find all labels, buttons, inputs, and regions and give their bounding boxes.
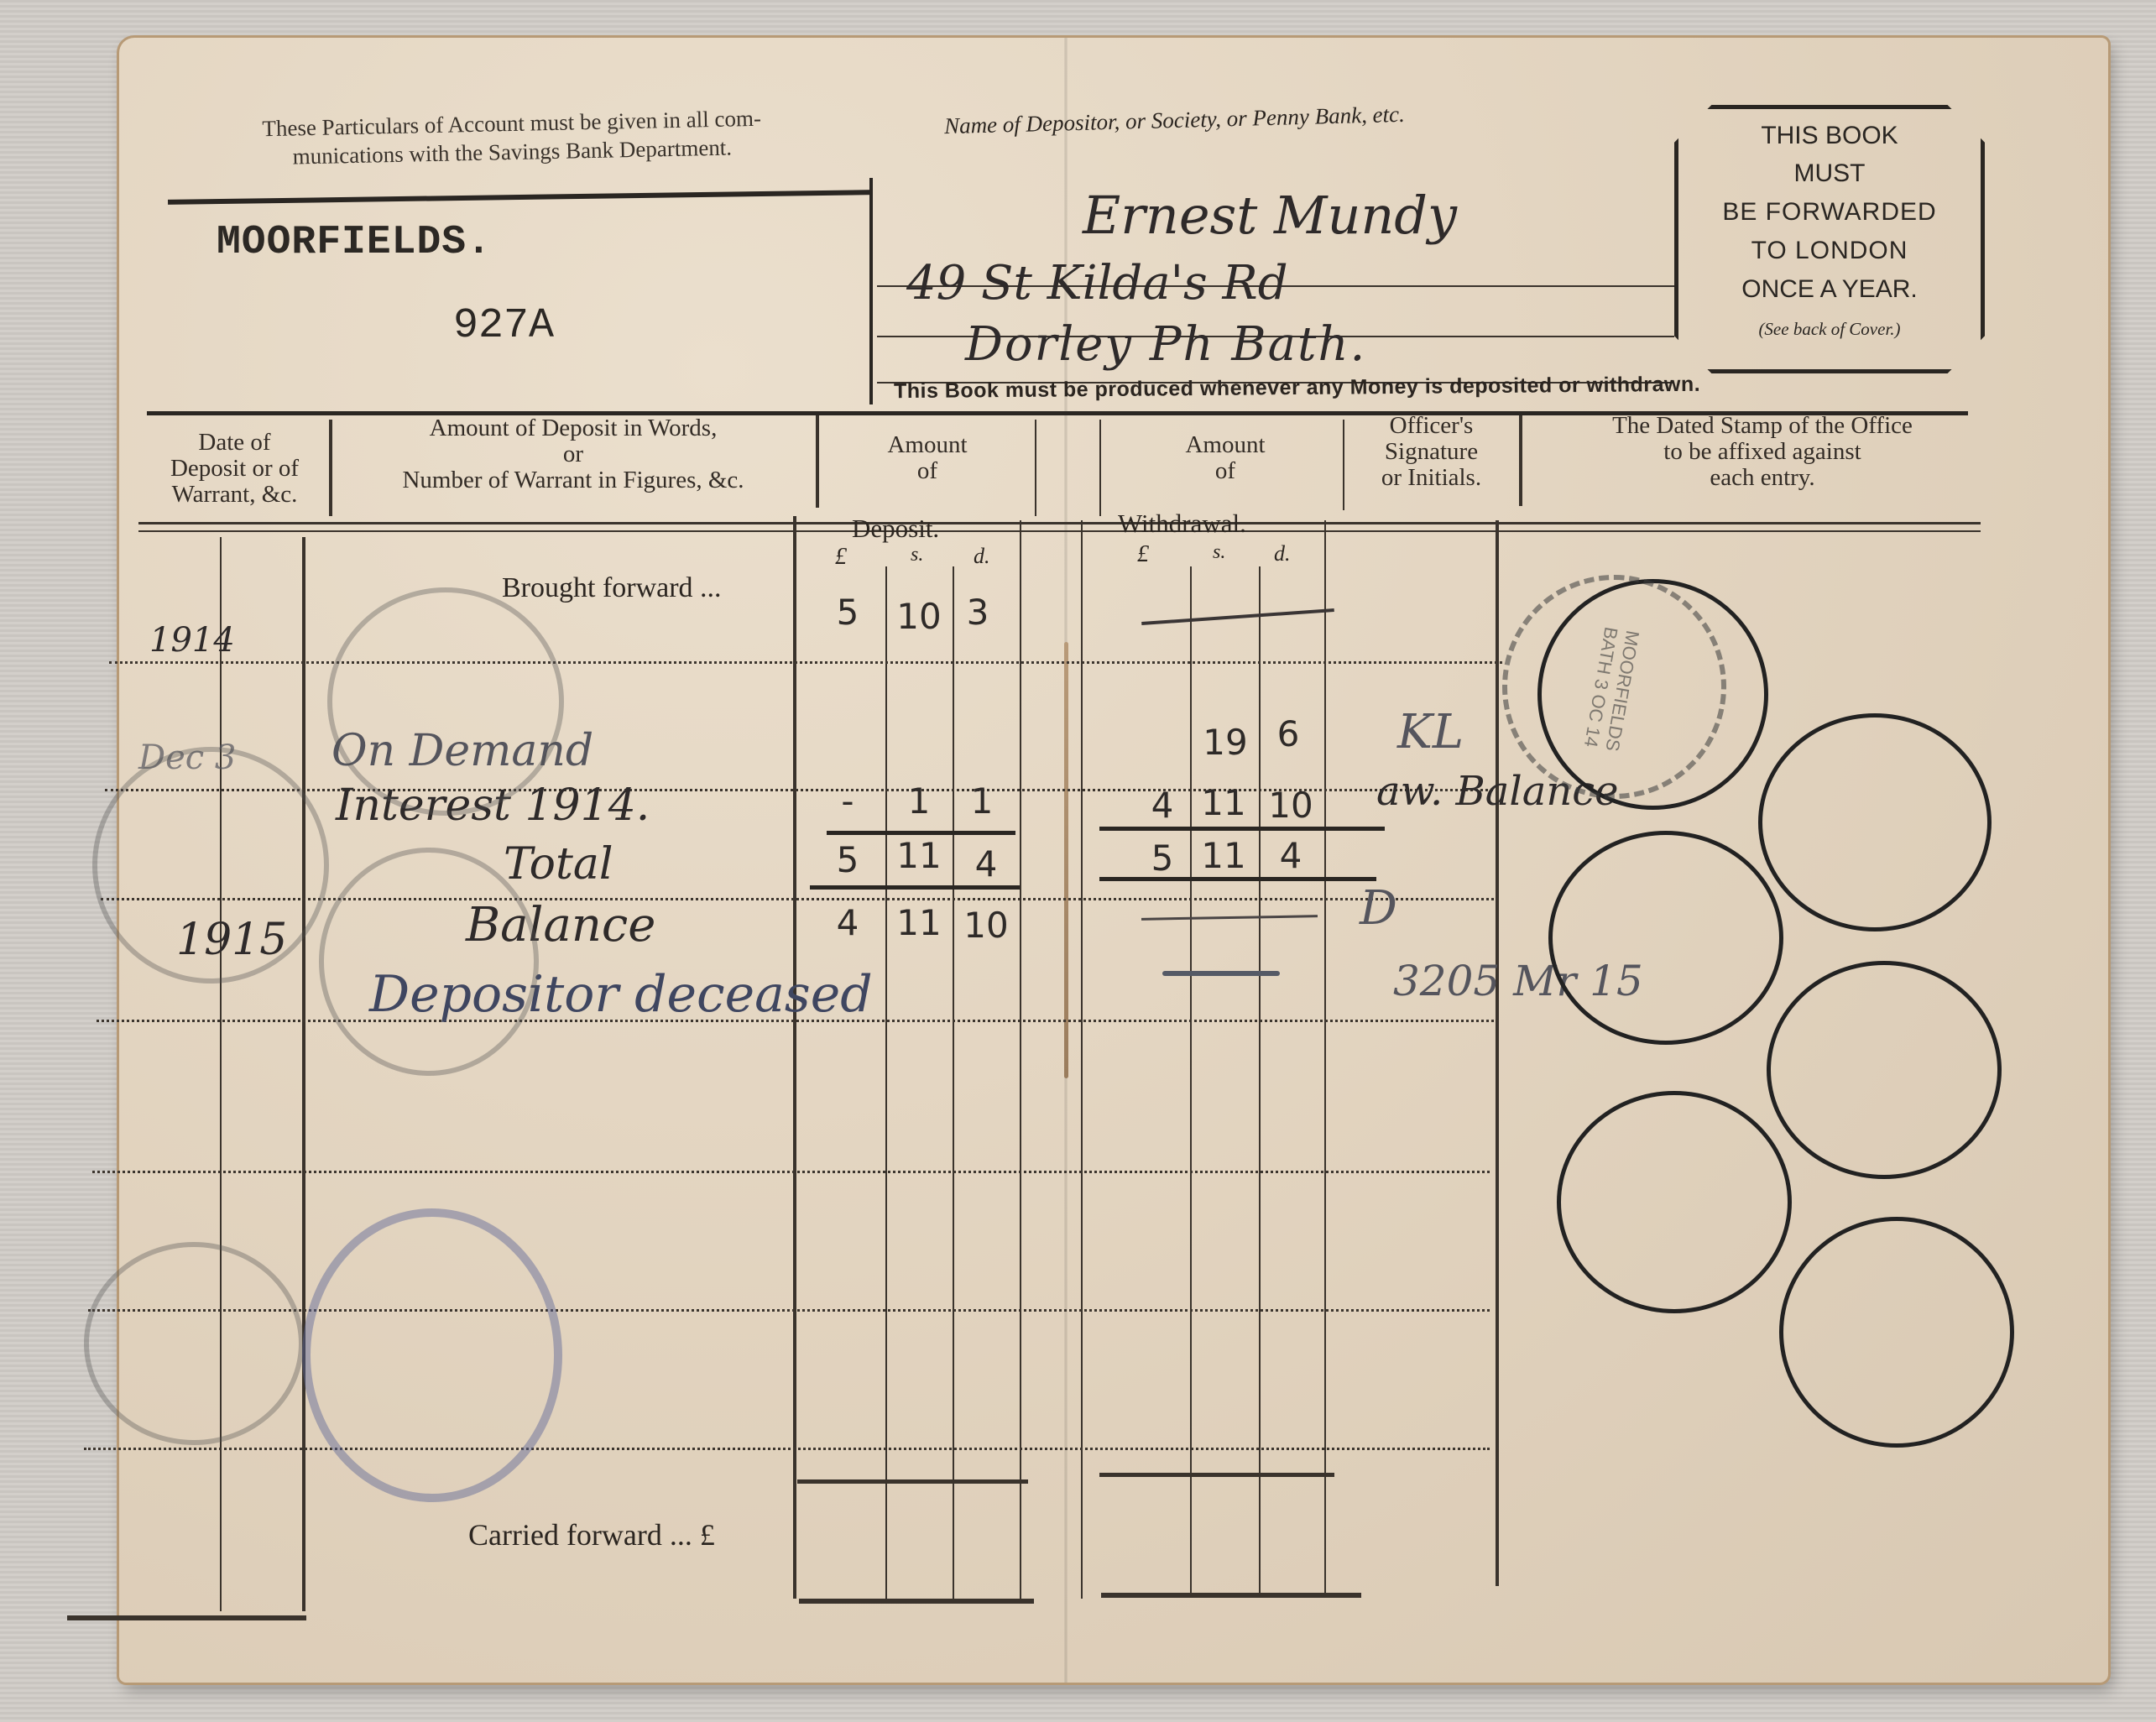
carried-forward-label: Carried forward ... £ xyxy=(468,1517,715,1552)
col-date-line3: Warrant, &c. xyxy=(144,482,325,508)
grid-v-wd-left xyxy=(1081,520,1083,1599)
bf-deposit-pence: 3 xyxy=(957,592,999,633)
entry5-officer-initials: D xyxy=(1360,881,1397,936)
col-officer-line3: or Initials. xyxy=(1345,465,1517,491)
header-div-2 xyxy=(816,415,819,508)
entry5-dep-shillings: 11 xyxy=(894,902,944,943)
notice-line-5: ONCE A YEAR. xyxy=(1674,275,1985,304)
depositor-name: Ernest Mundy xyxy=(1083,185,1457,246)
carried-forward-rule-dep xyxy=(797,1479,1028,1484)
withdrawal-pounds-label: £ xyxy=(1137,541,1149,568)
deposit-pence-label: d. xyxy=(974,544,990,569)
entry3-wd-pence: 10 xyxy=(1266,785,1316,826)
grid-v-dep-d xyxy=(953,566,954,1599)
header-div-3 xyxy=(1035,420,1036,516)
col-words-line2: or xyxy=(334,441,812,467)
notice-footnote: (See back of Cover.) xyxy=(1674,319,1985,340)
col-deposit-line2: of xyxy=(839,458,1015,484)
col-date-line1: Date of xyxy=(144,430,325,456)
office-box-right-rule xyxy=(869,178,873,404)
entry4-wd-pence: 4 xyxy=(1266,835,1316,876)
stamp-circle-5 xyxy=(1557,1091,1792,1313)
withdrawal-subtotal-rule xyxy=(1099,827,1385,831)
address-line1: 49 St Kilda's Rd xyxy=(906,256,1288,310)
account-number: 927A xyxy=(453,302,554,350)
withdrawal-pence-label: d. xyxy=(1274,541,1291,566)
postmark-faint-4 xyxy=(84,1242,304,1445)
col-officer-line1: Officer's xyxy=(1345,413,1517,439)
header-lower-rule-1 xyxy=(138,522,1981,524)
col-header-withdrawal: Amount of xyxy=(1137,432,1313,484)
entry2-wd-shillings: 19 xyxy=(1196,722,1255,763)
col-words-line3: Number of Warrant in Figures, &c. xyxy=(334,467,812,493)
stamp-circle-4 xyxy=(1767,961,2002,1179)
header-div-5 xyxy=(1343,420,1344,510)
entry4-wd-pounds: 5 xyxy=(1141,838,1183,879)
entry4-dep-pence: 4 xyxy=(965,843,1007,884)
entry3-dep-pounds: - xyxy=(827,780,869,822)
deposit-pounds-label: £ xyxy=(835,544,847,571)
grid-v-date-inner xyxy=(220,537,222,1611)
grid-v-officer-right xyxy=(1496,520,1499,1586)
grid-v-date-right xyxy=(302,537,305,1611)
entry3-dep-shillings: 1 xyxy=(894,780,944,822)
withdrawal-shillings-label: s. xyxy=(1213,541,1225,564)
entry3-wd-shillings: 11 xyxy=(1198,782,1249,823)
brought-forward-label: Brought forward ... xyxy=(502,572,722,604)
bf-deposit-shillings: 10 xyxy=(890,596,948,637)
entry5-dep-pounds: 4 xyxy=(827,902,869,943)
entry2-officer-initials: KL xyxy=(1397,705,1464,759)
notice-line-4: TO LONDON xyxy=(1674,237,1985,265)
col-stamp-line3: each entry. xyxy=(1527,465,1997,491)
col-header-officer: Officer's Signature or Initials. xyxy=(1345,413,1517,491)
deposit-subheader: Deposit. xyxy=(852,514,939,544)
col-date-line2: Deposit or of xyxy=(144,456,325,482)
header-div-6 xyxy=(1519,415,1522,506)
col-deposit-line1: Amount xyxy=(839,432,1015,458)
row-line-5 xyxy=(92,1171,1490,1173)
bottom-rule-dep xyxy=(799,1599,1034,1604)
deposit-shillings-label: s. xyxy=(911,544,923,566)
entry-year-1914: 1914 xyxy=(149,621,235,660)
entry-desc-total: Total xyxy=(504,839,613,890)
entry3-dep-pence: 1 xyxy=(961,780,1003,822)
row-line-1 xyxy=(109,661,1502,664)
entry5-dep-pence: 10 xyxy=(961,905,1011,946)
col-header-deposit: Amount of xyxy=(839,432,1015,484)
postmark-faint-2 xyxy=(92,747,329,984)
grid-v-dep-s xyxy=(885,566,887,1599)
col-withdrawal-line2: of xyxy=(1137,458,1313,484)
col-words-line1: Amount of Deposit in Words, xyxy=(334,415,812,441)
entry4-dep-pounds: 5 xyxy=(827,839,869,880)
entry2-wd-pence: 6 xyxy=(1263,713,1313,754)
header-lower-rule-2 xyxy=(138,530,1981,532)
header-div-4 xyxy=(1099,420,1101,516)
postmark-blue xyxy=(302,1208,562,1502)
office-name: MOORFIELDS. xyxy=(217,220,492,265)
stamp-circle-2 xyxy=(1758,713,1992,931)
notice-line-3: BE FORWARDED xyxy=(1674,198,1985,227)
row-line-7 xyxy=(84,1448,1490,1450)
postmark-faint-3 xyxy=(319,848,539,1076)
grid-v-wd-right xyxy=(1324,520,1326,1594)
grid-v-wd-d xyxy=(1259,566,1261,1594)
deposit-total-rule xyxy=(810,885,1020,890)
stamp-circle-3 xyxy=(1548,831,1783,1045)
grid-v-dep-right xyxy=(1020,520,1021,1599)
entry3-wd-pounds: 4 xyxy=(1141,785,1183,826)
col-header-stamp: The Dated Stamp of the Office to be affi… xyxy=(1527,413,1997,491)
stamp-circle-6 xyxy=(1779,1217,2014,1448)
bf-deposit-pounds: 5 xyxy=(827,592,869,633)
entry4-dep-shillings: 11 xyxy=(894,835,944,876)
binding-thread xyxy=(1064,642,1068,1078)
entry6-wd-dash xyxy=(1162,971,1280,976)
notice-line-1: THIS BOOK xyxy=(1674,122,1985,150)
col-officer-line2: Signature xyxy=(1345,439,1517,465)
withdrawal-total-rule xyxy=(1099,877,1376,881)
bottom-rule-wd xyxy=(1101,1593,1361,1598)
carried-forward-rule-wd xyxy=(1099,1473,1334,1477)
col-withdrawal-line1: Amount xyxy=(1137,432,1313,458)
grid-v-wd-s xyxy=(1190,566,1192,1594)
col-stamp-line1: The Dated Stamp of the Office xyxy=(1527,413,1997,439)
col-stamp-line2: to be affixed against xyxy=(1527,439,1997,465)
address-line2: Dorley Ph Bath. xyxy=(965,317,1366,372)
header-div-1 xyxy=(329,420,332,516)
withdrawal-subheader: Withdrawal. xyxy=(1118,509,1246,539)
postmark-faint-1 xyxy=(327,587,564,816)
col-header-date: Date of Deposit or of Warrant, &c. xyxy=(144,430,325,508)
notice-line-2: MUST xyxy=(1674,159,1985,188)
bottom-rule-date xyxy=(67,1615,306,1620)
col-header-words: Amount of Deposit in Words, or Number of… xyxy=(334,415,812,493)
grid-v-dep-left xyxy=(793,516,796,1599)
entry4-wd-shillings: 11 xyxy=(1198,835,1249,876)
